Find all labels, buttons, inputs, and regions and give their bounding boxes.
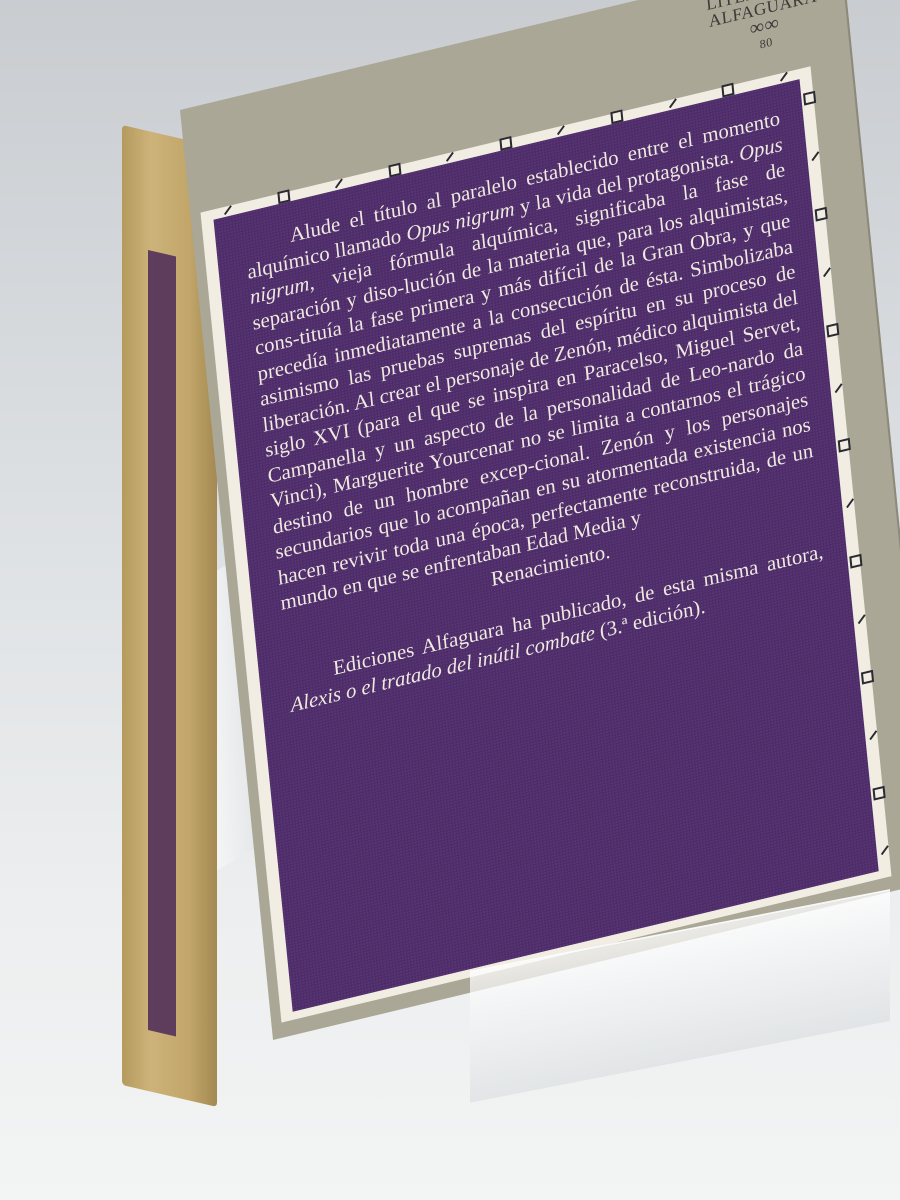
blurb-panel: Alude el título al paralelo establecido … [214,79,879,1012]
book-spine-purple-strip [148,250,176,1036]
blurb-text: Alude el título al paralelo establecido … [244,107,827,719]
publisher-logo: LITERATURA ALFAGUARA ∞∞ 80 [705,0,822,65]
cover-gray-area: LITERATURA ALFAGUARA ∞∞ 80 Alude el títu… [180,0,900,1040]
photo-scene: LITERATURA ALFAGUARA ∞∞ 80 Alude el títu… [0,0,900,1200]
decorative-frame: Alude el título al paralelo establecido … [201,66,892,1022]
